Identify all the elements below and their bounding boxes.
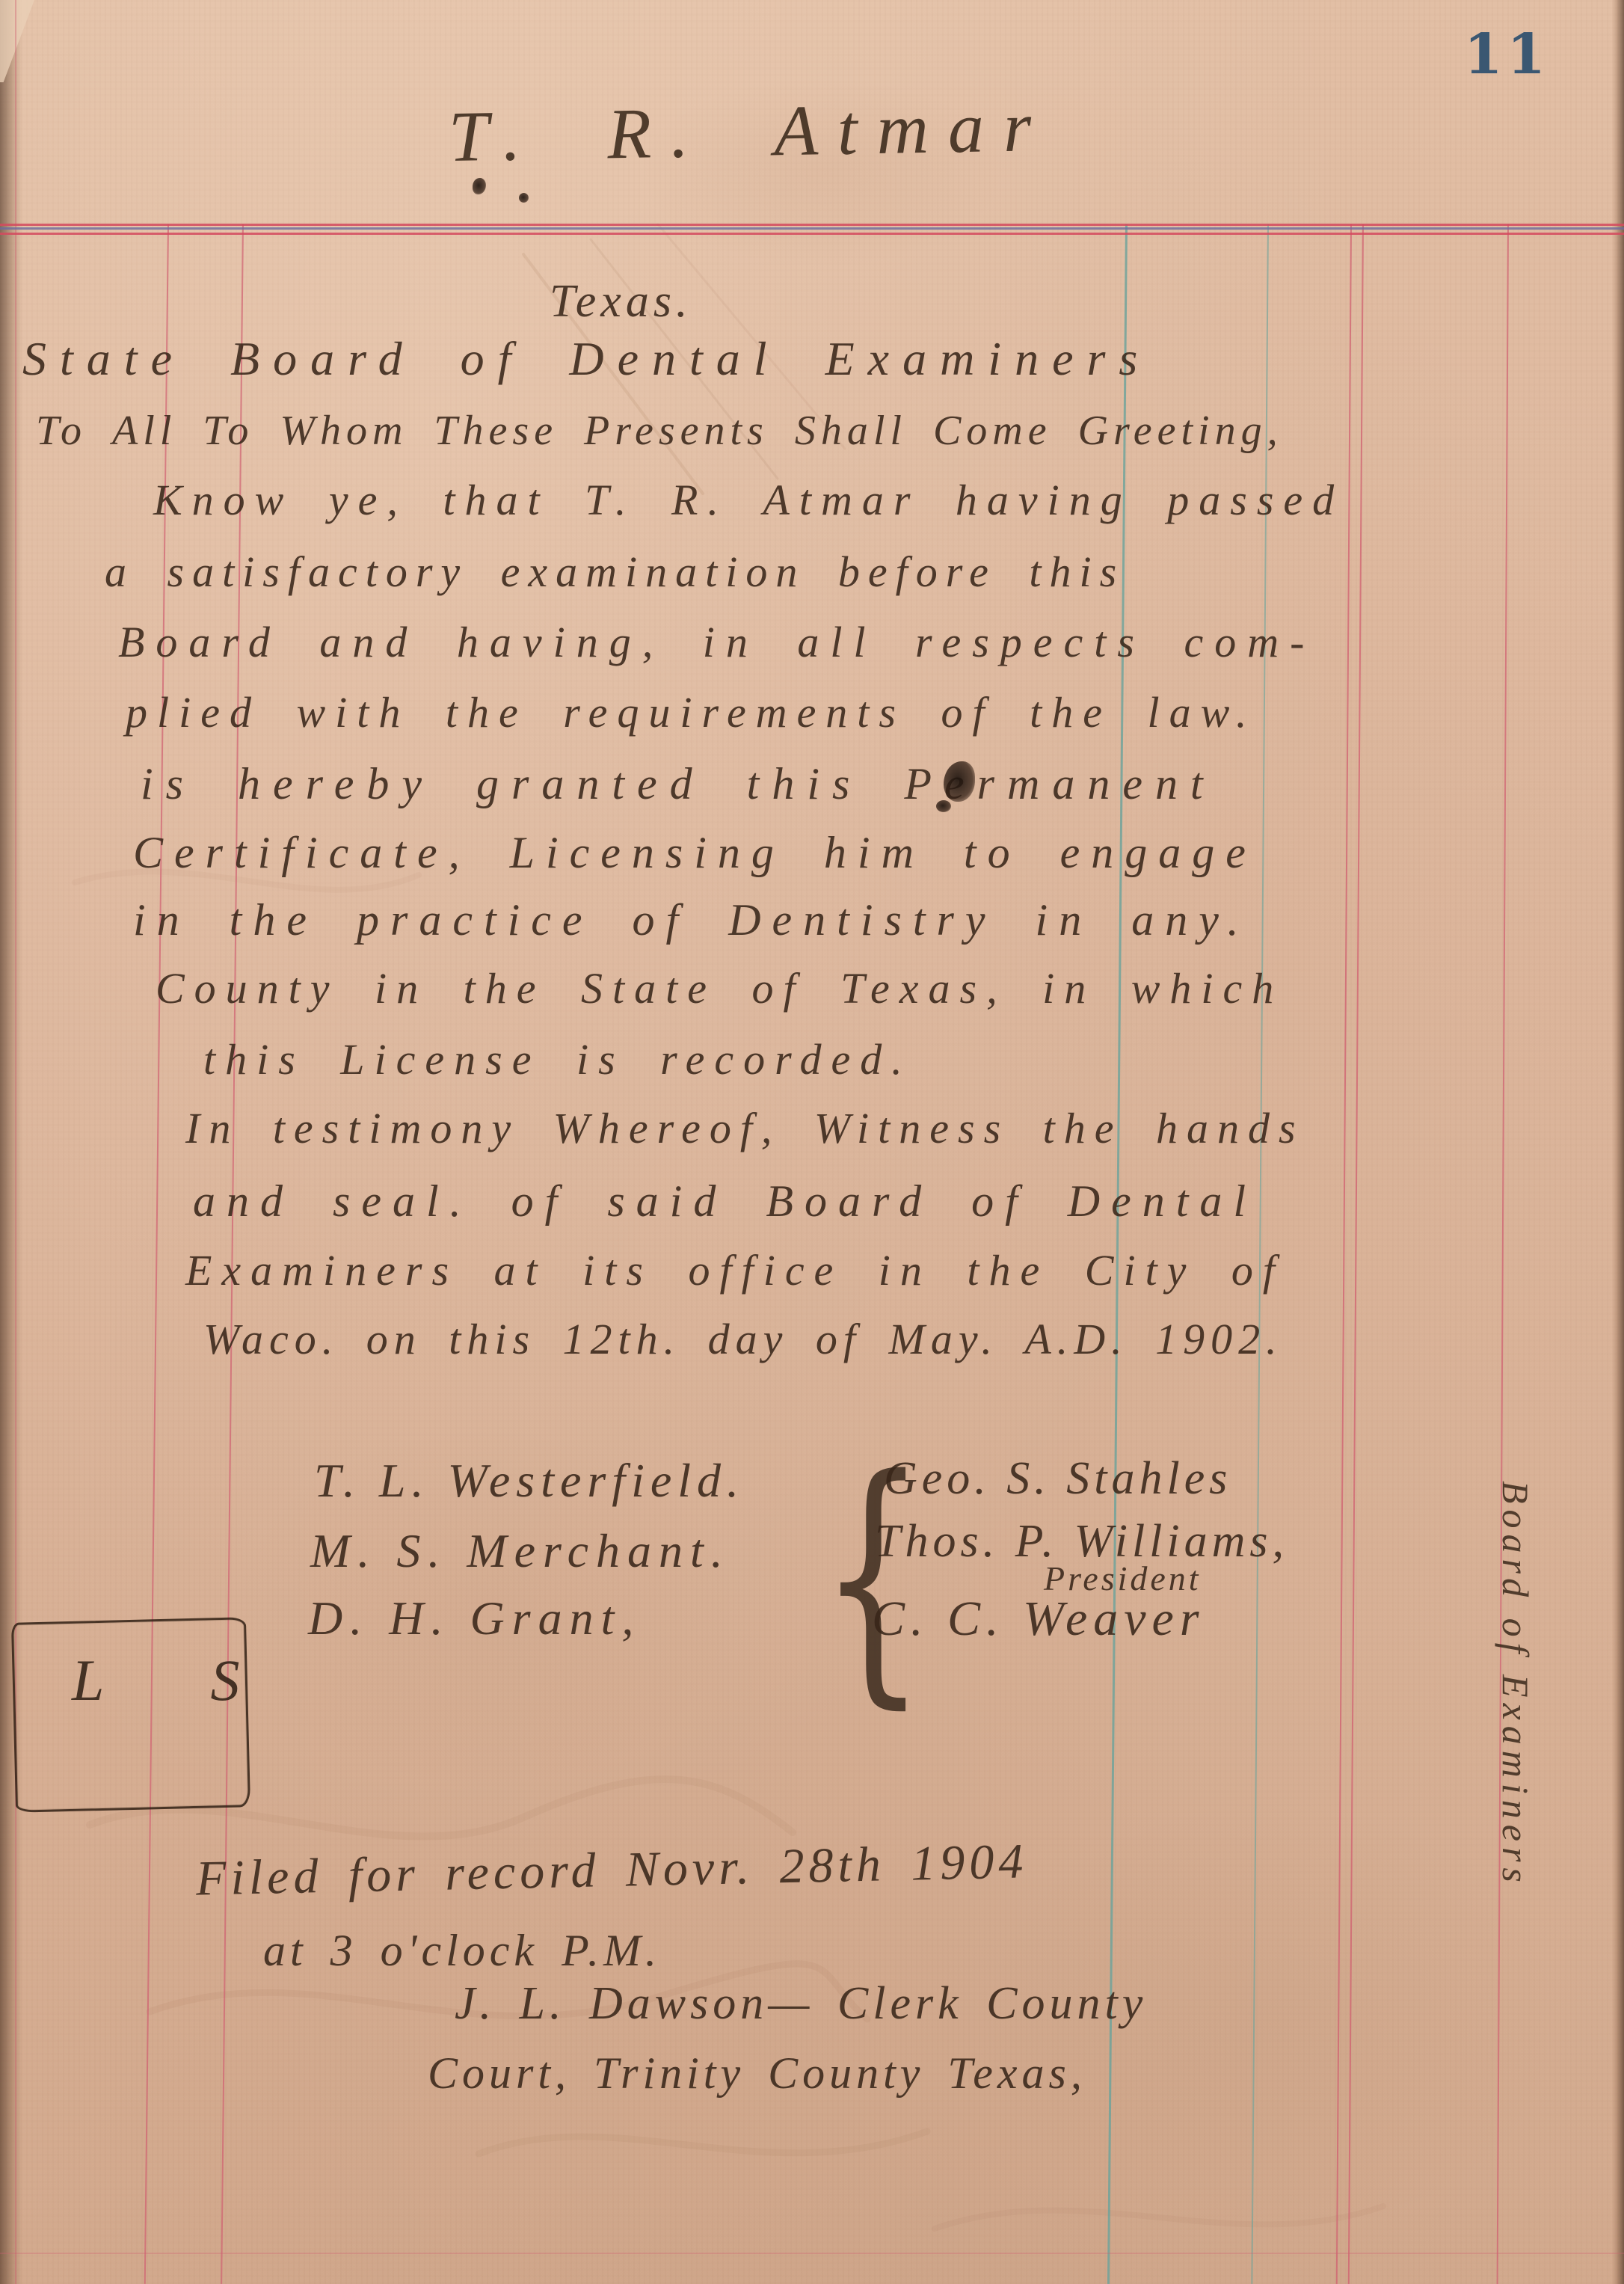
margin-note-board-of-examiners: Board of Examiners bbox=[1479, 1481, 1537, 1900]
signature-stahles: Geo. S. Stahles bbox=[884, 1455, 1231, 1502]
footer-rule-faint bbox=[0, 2253, 1624, 2254]
certificate-line: Texas. bbox=[550, 278, 692, 325]
certificate-line: and seal. of said Board of Dental bbox=[193, 1179, 1257, 1224]
signature-williams: Thos. P. Williams, bbox=[875, 1518, 1288, 1565]
seal-initials: L S bbox=[72, 1651, 286, 1710]
signature-westerfield: T. L. Westerfield. bbox=[314, 1457, 745, 1505]
certificate-line: plied with the requirements of the law. bbox=[126, 691, 1256, 734]
certificate-line: Board and having, in all respects com- bbox=[118, 621, 1315, 664]
certificate-line: In testimony Whereof, Witness the hands bbox=[185, 1107, 1305, 1150]
ruled-line-vertical bbox=[15, 0, 16, 2284]
page-title: T. R. Atmar bbox=[448, 90, 1051, 173]
header-rule-red bbox=[0, 224, 1624, 226]
certificate-line: Waco. on this 12th. day of May. A.D. 190… bbox=[203, 1318, 1283, 1361]
certificate-line: Examiners at its office in the City of bbox=[185, 1249, 1285, 1292]
signature-merchant: M. S. Merchant. bbox=[310, 1527, 731, 1575]
ink-blot bbox=[519, 193, 529, 203]
certificate-line: To All To Whom These Presents Shall Come… bbox=[36, 410, 1283, 452]
filed-line: Court, Trinity County Texas, bbox=[428, 2051, 1086, 2096]
certificate-line: in the practice of Dentistry in any. bbox=[133, 897, 1250, 942]
seal-box bbox=[11, 1617, 250, 1813]
header-rule-red bbox=[0, 233, 1624, 235]
certificate-line: is hereby granted this Permanent bbox=[141, 761, 1216, 806]
certificate-line: a satisfactory examination before this bbox=[105, 550, 1125, 594]
page-number: 11 bbox=[1464, 22, 1550, 87]
signature-weaver: C. C. Weaver bbox=[872, 1594, 1205, 1644]
certificate-line: State Board of Dental Examiners bbox=[22, 335, 1151, 383]
certificate-line: this License is recorded. bbox=[203, 1038, 912, 1081]
filed-line: J. L. Dawson— Clerk County bbox=[455, 1980, 1147, 2027]
certificate-line: Certificate, Licensing him to engage bbox=[133, 830, 1257, 875]
certificate-line: County in the State of Texas, in which bbox=[156, 967, 1283, 1010]
certificate-line: Know ye, that T. R. Atmar having passed bbox=[153, 479, 1344, 522]
header-rule-blue bbox=[0, 227, 1624, 230]
signature-grant: D. H. Grant, bbox=[308, 1594, 641, 1642]
ink-blot bbox=[936, 800, 951, 812]
filed-line: at 3 o'clock P.M. bbox=[263, 1928, 661, 1973]
ledger-scan-page: { "page": { "number": "11", "title": "T.… bbox=[0, 0, 1624, 2284]
